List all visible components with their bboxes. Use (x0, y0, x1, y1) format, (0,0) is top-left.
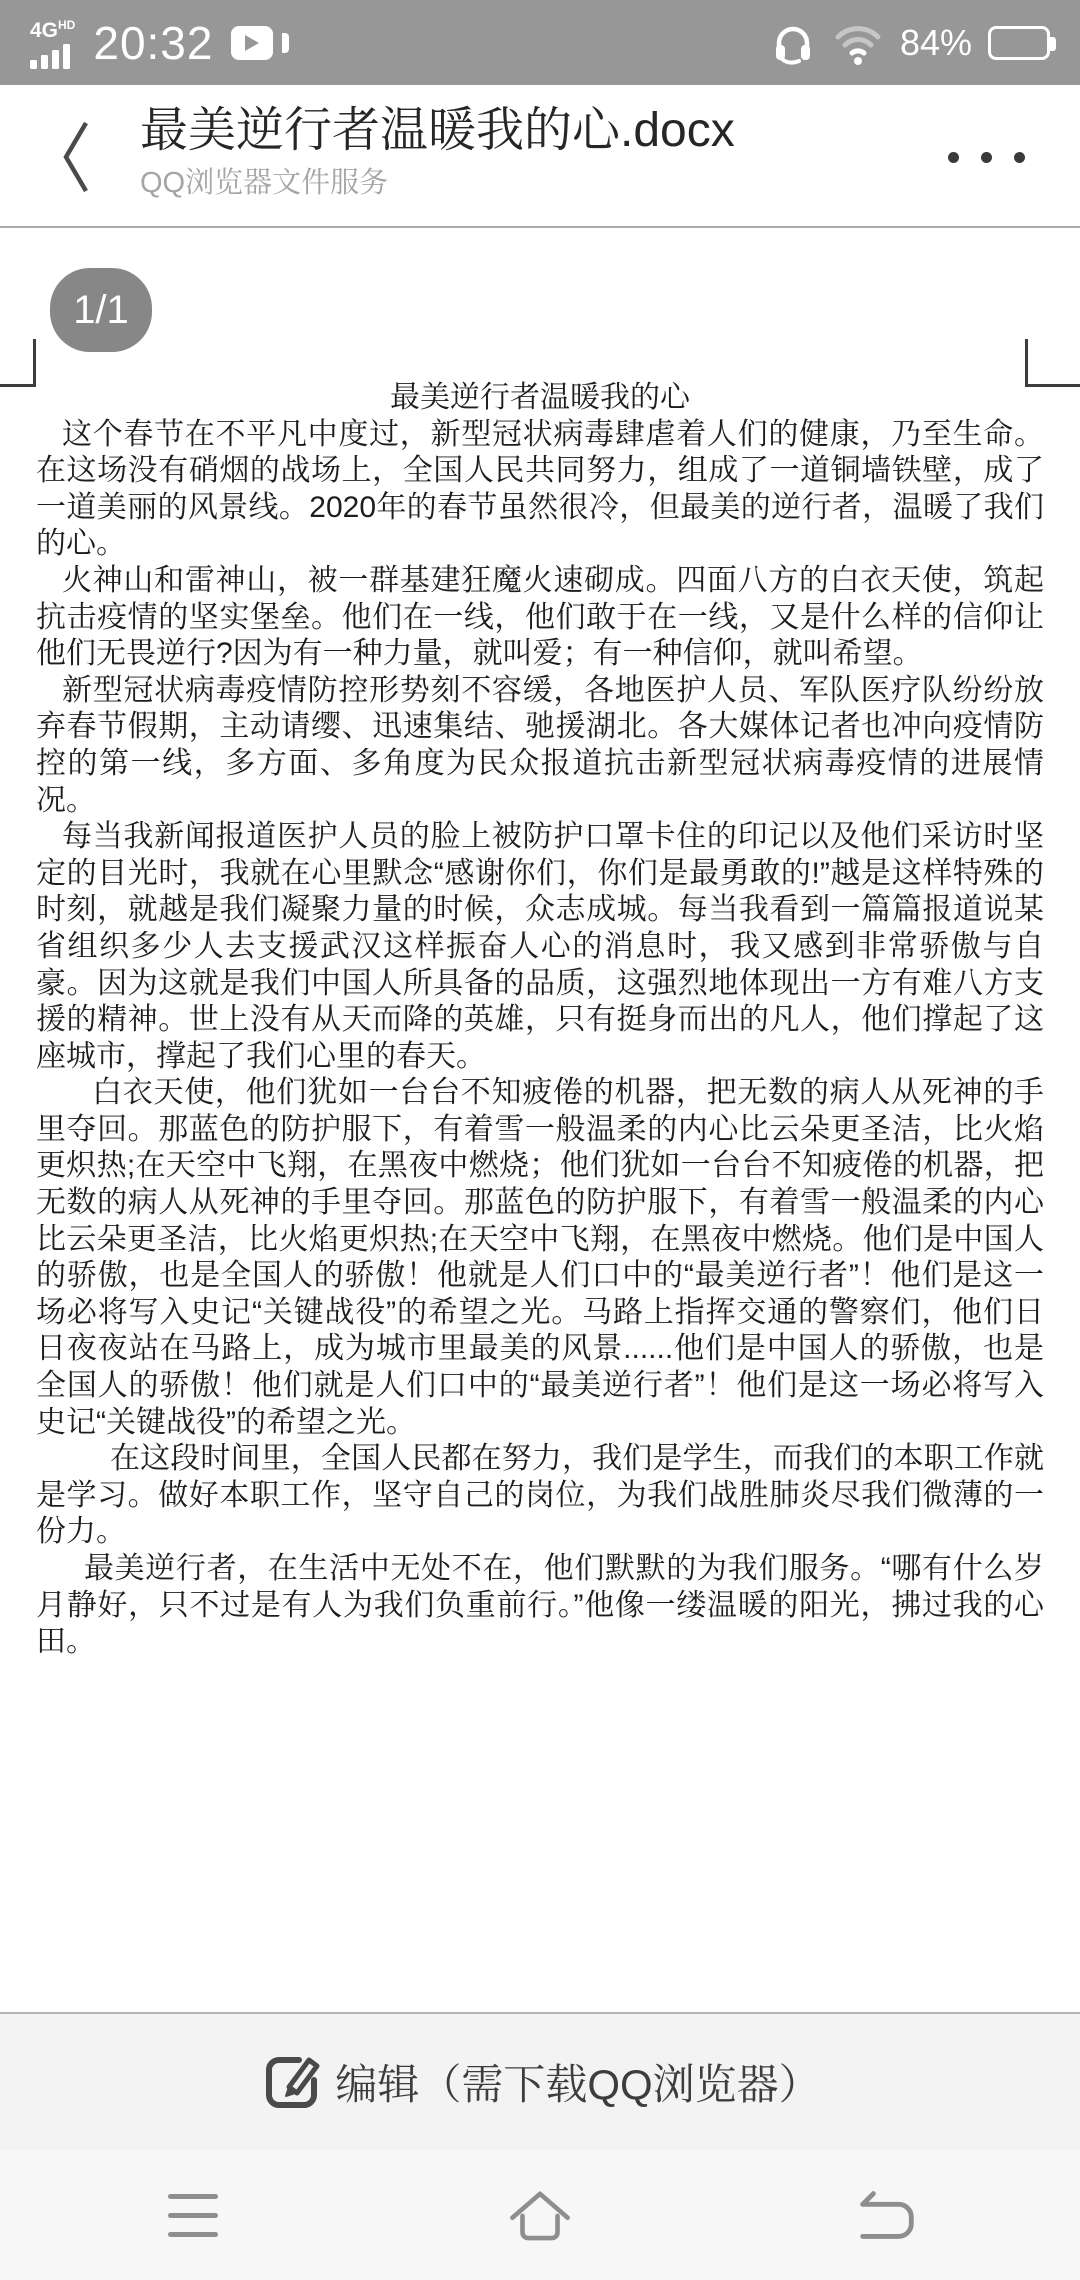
status-bar-left: 4GHD 20:32 (30, 16, 291, 70)
nav-back-button[interactable] (852, 2180, 922, 2250)
navigation-bar (0, 2150, 1080, 2280)
nav-menu-button[interactable] (158, 2180, 228, 2250)
document-paragraph: 每当我新闻报道医护人员的脸上被防护口罩卡住的印记以及他们采访时坚定的目光时，我就… (36, 819, 1044, 1075)
back-chevron-icon (58, 117, 92, 197)
edit-button-label: 编辑（需下载QQ浏览器） (335, 2052, 820, 2112)
more-options-button[interactable] (926, 131, 1046, 183)
file-title: 最美逆行者温暖我的心.docx (140, 101, 910, 161)
document-paragraph: 最美逆行者，在生活中无处不在，他们默默的为我们服务。“哪有什么岁月静好，只不过是… (36, 1551, 1044, 1661)
edit-button[interactable]: 编辑（需下载QQ浏览器） (0, 2012, 1080, 2150)
more-options-icon (948, 152, 959, 163)
status-bar: 4GHD 20:32 84% (0, 0, 1080, 85)
clock: 20:32 (93, 16, 213, 70)
app-header: 最美逆行者温暖我的心.docx QQ浏览器文件服务 (0, 85, 1080, 228)
home-icon (505, 2184, 575, 2246)
battery-icon (988, 26, 1050, 60)
document-paragraph: 在这段时间里，全国人民都在努力，我们是学生，而我们的本职工作就是学习。做好本职工… (36, 1441, 1044, 1551)
wifi-icon (832, 20, 884, 66)
headset-icon (770, 20, 816, 66)
back-return-icon (852, 2186, 922, 2244)
document-viewer[interactable]: 1/1 最美逆行者温暖我的心 这个春节在不平凡中度过，新型冠状病毒肆虐着人们的健… (0, 228, 1080, 2012)
screen: 4GHD 20:32 84% (0, 0, 1080, 2280)
document-content: 最美逆行者温暖我的心 这个春节在不平凡中度过，新型冠状病毒肆虐着人们的健康，乃至… (36, 380, 1044, 1661)
file-source-subtitle: QQ浏览器文件服务 (140, 163, 910, 203)
document-paragraph: 白衣天使，他们犹如一台台不知疲倦的机器，把无数的病人从死神的手里夺回。那蓝色的防… (36, 1075, 1044, 1441)
network-type-label: 4GHD (30, 19, 75, 41)
header-titles: 最美逆行者温暖我的心.docx QQ浏览器文件服务 (140, 101, 910, 203)
nav-home-button[interactable] (505, 2180, 575, 2250)
cellular-signal-icon: 4GHD (30, 19, 75, 69)
status-bar-right: 84% (770, 20, 1050, 66)
document-title: 最美逆行者温暖我的心 (36, 380, 1044, 417)
page-corner-mark-left (0, 339, 36, 387)
document-paragraph: 新型冠状病毒疫情防控形势刻不容缓，各地医护人员、军队医疗队纷纷放弃春节假期，主动… (36, 673, 1044, 819)
document-paragraph: 火神山和雷神山，被一群基建狂魔火速砌成。四面八方的白衣天使，筑起抗击疫情的坚实堡… (36, 563, 1044, 673)
signal-bars-icon (30, 44, 70, 69)
battery-percent-label: 84% (900, 22, 972, 64)
menu-icon (168, 2194, 218, 2237)
document-paragraph: 这个春节在不平凡中度过，新型冠状病毒肆虐着人们的健康，乃至生命。在这场没有硝烟的… (36, 417, 1044, 563)
back-button[interactable] (40, 109, 110, 205)
page-indicator-badge: 1/1 (50, 268, 152, 352)
video-call-icon (231, 21, 291, 65)
edit-icon (259, 2049, 325, 2115)
